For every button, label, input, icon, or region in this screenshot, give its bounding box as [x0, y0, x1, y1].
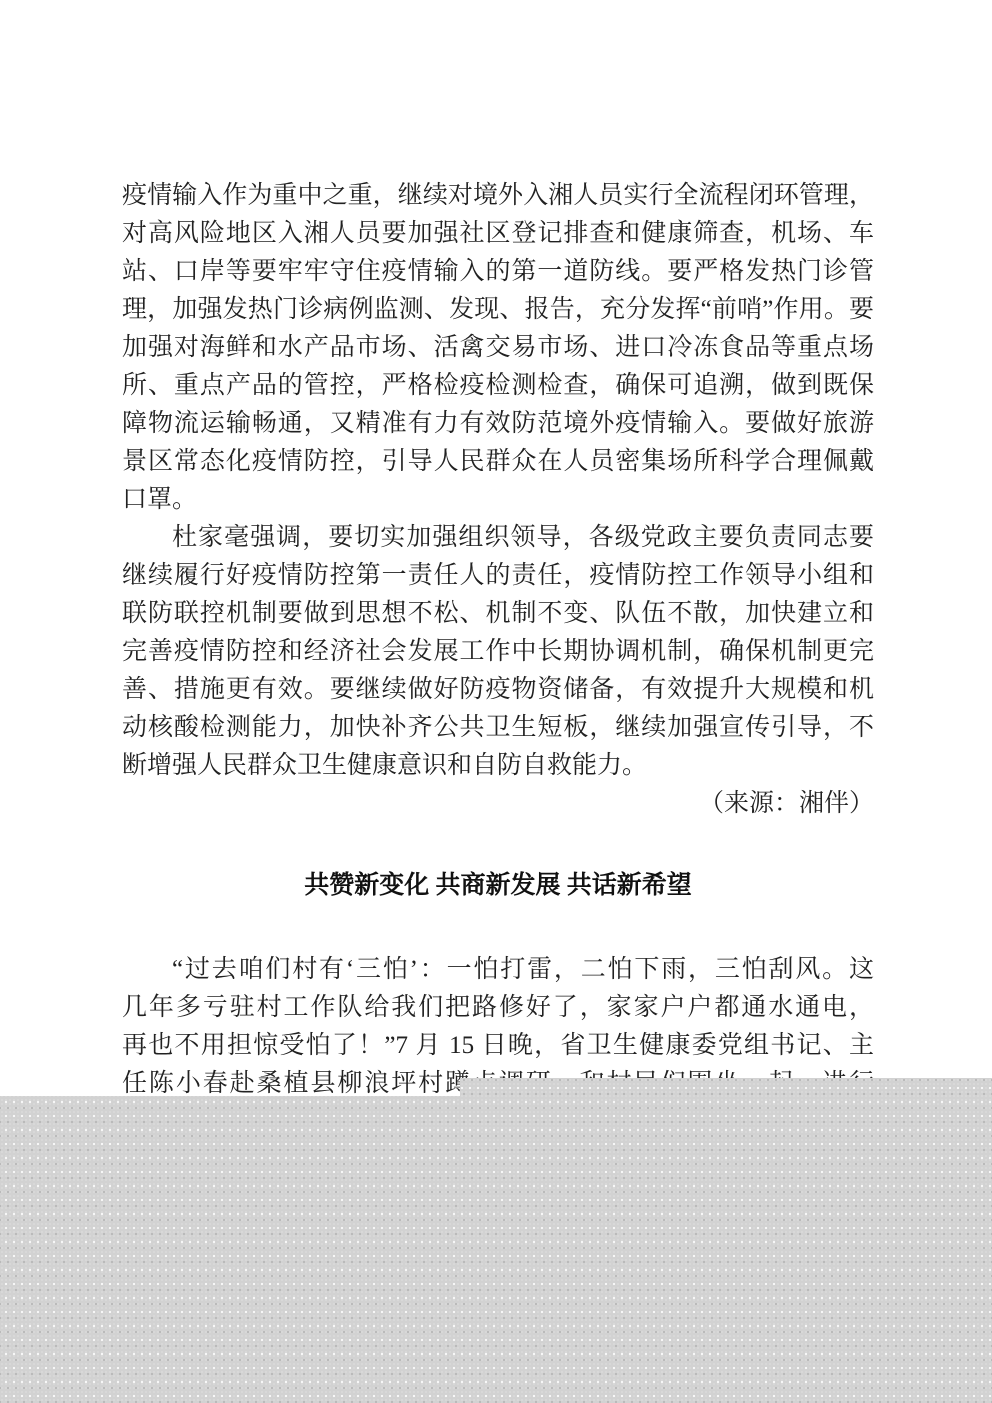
text-line: 对高风险地区入湘人员要加强社区登记排查和健康筛查，机场、车 [122, 215, 874, 253]
text-line: 继续履行好疫情防控第一责任人的责任，疫情防控工作领导小组和 [122, 557, 874, 595]
text-line: 完善疫情防控和经济社会发展工作中长期协调机制，确保机制更完 [122, 633, 874, 671]
text-line: 障物流运输畅通，又精准有力有效防范境外疫情输入。要做好旅游 [122, 405, 874, 443]
text-line: 所、重点产品的管控，严格检疫检测检查，确保可追溯，做到既保 [122, 367, 874, 405]
paragraph-epidemic-control: 疫情输入作为重中之重，继续对境外入湘人员实行全流程闭环管理， 对高风险地区入湘人… [122, 177, 874, 519]
text-line: 理，加强发热门诊病例监测、发现、报告，充分发挥“前哨”作用。要 [122, 291, 874, 329]
paragraph-du-jiahao: 杜家毫强调，要切实加强组织领导，各级党政主要负责同志要 继续履行好疫情防控第一责… [122, 519, 874, 785]
document-content: 疫情输入作为重中之重，继续对境外入湘人员实行全流程闭环管理， 对高风险地区入湘人… [122, 177, 874, 1103]
text-line: 杜家毫强调，要切实加强组织领导，各级党政主要负责同志要 [122, 519, 874, 557]
text-line: 景区常态化疫情防控，引导人民群众在人员密集场所科学合理佩戴 [122, 443, 874, 481]
text-line: 断增强人民群众卫生健康意识和自防自救能力。 [122, 747, 874, 785]
text-line: “过去咱们村有‘三怕’：一怕打雷，二怕下雨，三怕刮风。这 [122, 951, 874, 989]
text-line: 善、措施更有效。要继续做好防疫物资储备，有效提升大规模和机 [122, 671, 874, 709]
text-line: 口罩。 [122, 481, 874, 519]
text-line: 几年多亏驻村工作队给我们把路修好了，家家户户都通水通电， [122, 989, 874, 1027]
text-line: 疫情输入作为重中之重，继续对境外入湘人员实行全流程闭环管理， [122, 177, 874, 215]
gray-scan-artifact [0, 1078, 992, 1403]
source-attribution: （来源：湘伴） [122, 785, 874, 823]
text-line: 动核酸检测能力，加快补齐公共卫生短板，继续加强宣传引导，不 [122, 709, 874, 747]
text-line: 联防联控机制要做到思想不松、机制不变、队伍不散，加快建立和 [122, 595, 874, 633]
document-page: 疫情输入作为重中之重，继续对境外入湘人员实行全流程闭环管理， 对高风险地区入湘人… [0, 0, 992, 1403]
section-heading: 共赞新变化 共商新发展 共话新希望 [122, 867, 874, 905]
text-line: 加强对海鲜和水产品市场、活禽交易市场、进口冷冻食品等重点场 [122, 329, 874, 367]
text-line: 站、口岸等要牢牢守住疫情输入的第一道防线。要严格发热门诊管 [122, 253, 874, 291]
text-line: 再也不用担惊受怕了！”7 月 15 日晚，省卫生健康委党组书记、主 [122, 1027, 874, 1065]
